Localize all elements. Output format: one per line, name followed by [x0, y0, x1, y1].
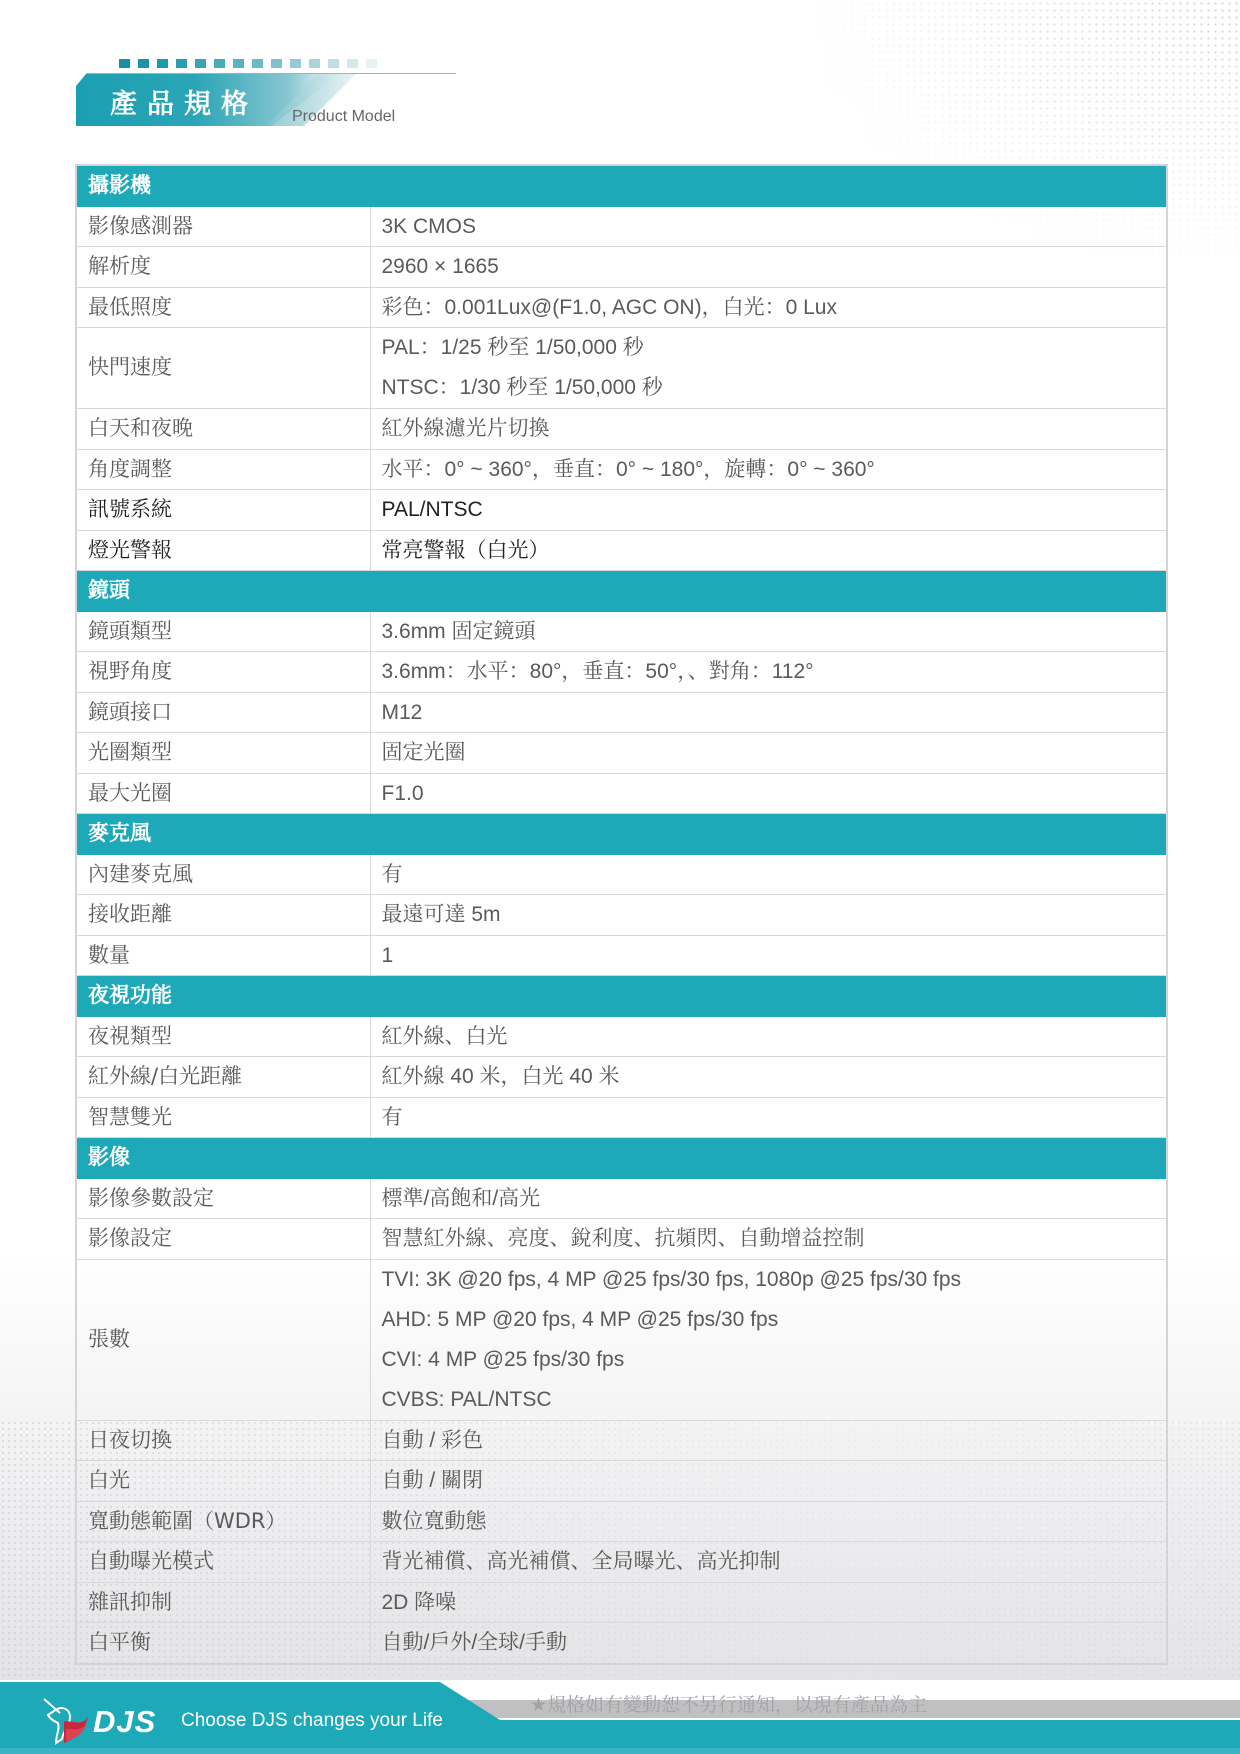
table-row: 張數TVI: 3K @20 fps, 4 MP @25 fps/30 fps, … — [76, 1259, 1167, 1420]
table-row: 解析度2960 × 1665 — [76, 247, 1167, 288]
table-row: 快門速度PAL：1/25 秒至 1/50,000 秒NTSC：1/30 秒至 1… — [76, 328, 1167, 409]
spec-value: M12 — [370, 692, 1167, 733]
spec-label: 視野角度 — [76, 652, 370, 693]
spec-label: 燈光警報 — [76, 530, 370, 571]
spec-label: 紅外線/白光距離 — [76, 1057, 370, 1098]
unicorn-icon — [40, 1695, 92, 1747]
table-row: 鏡頭類型3.6mm 固定鏡頭 — [76, 611, 1167, 652]
spec-label: 日夜切換 — [76, 1420, 370, 1461]
divider — [86, 73, 456, 74]
spec-label: 數量 — [76, 935, 370, 976]
spec-value-line: PAL：1/25 秒至 1/50,000 秒 — [382, 328, 1156, 368]
table-row: 最低照度彩色：0.001Lux@(F1.0, AGC ON)，白光：0 Lux — [76, 287, 1167, 328]
spec-label: 寬動態範圍（WDR） — [76, 1501, 370, 1542]
spec-label: 角度調整 — [76, 449, 370, 490]
section-header: 麥克風 — [76, 814, 1167, 855]
decorative-squares — [119, 59, 377, 68]
table-row: 影像參數設定標準/高飽和/高光 — [76, 1178, 1167, 1219]
table-row: 角度調整水平：0° ~ 360°，垂直：0° ~ 180°，旋轉：0° ~ 36… — [76, 449, 1167, 490]
spec-value: 有 — [370, 854, 1167, 895]
decorative-square — [366, 59, 377, 68]
spec-table: 攝影機影像感測器3K CMOS解析度2960 × 1665最低照度彩色：0.00… — [75, 164, 1168, 1665]
table-row: 光圈類型固定光圈 — [76, 733, 1167, 774]
footer-logo: DJS — [93, 1704, 156, 1740]
spec-label: 白平衡 — [76, 1623, 370, 1664]
table-row: 日夜切換自動 / 彩色 — [76, 1420, 1167, 1461]
table-row: 影像設定智慧紅外線、亮度、銳利度、抗頻閃、自動增益控制 — [76, 1219, 1167, 1260]
spec-label: 快門速度 — [76, 328, 370, 409]
decorative-square — [233, 59, 244, 68]
footer-stripe — [0, 1748, 1240, 1754]
spec-value: 3K CMOS — [370, 206, 1167, 247]
spec-value: PAL/NTSC — [370, 490, 1167, 531]
spec-value: 水平：0° ~ 360°，垂直：0° ~ 180°，旋轉：0° ~ 360° — [370, 449, 1167, 490]
spec-value: 標準/高飽和/高光 — [370, 1178, 1167, 1219]
table-row: 白平衡自動/戶外/全球/手動 — [76, 1623, 1167, 1664]
decorative-square — [309, 59, 320, 68]
spec-value: 紅外線、白光 — [370, 1016, 1167, 1057]
spec-label: 訊號系統 — [76, 490, 370, 531]
spec-label: 解析度 — [76, 247, 370, 288]
spec-label: 白光 — [76, 1461, 370, 1502]
table-row: 白天和夜晚紅外線濾光片切換 — [76, 409, 1167, 450]
table-row: 寬動態範圍（WDR）數位寬動態 — [76, 1501, 1167, 1542]
table-row: 智慧雙光有 — [76, 1097, 1167, 1138]
spec-value: 自動 / 關閉 — [370, 1461, 1167, 1502]
table-row: 最大光圈F1.0 — [76, 773, 1167, 814]
spec-label: 最低照度 — [76, 287, 370, 328]
spec-label: 白天和夜晚 — [76, 409, 370, 450]
table-row: 接收距離最遠可達 5m — [76, 895, 1167, 936]
section-title: 影像 — [76, 1138, 1167, 1179]
spec-value: 紅外線濾光片切換 — [370, 409, 1167, 450]
section-title: 攝影機 — [76, 165, 1167, 206]
spec-value: 紅外線 40 米，白光 40 米 — [370, 1057, 1167, 1098]
table-row: 訊號系統PAL/NTSC — [76, 490, 1167, 531]
spec-value-line: AHD: 5 MP @20 fps, 4 MP @25 fps/30 fps — [382, 1300, 1156, 1340]
page-subtitle: Product Model — [292, 108, 395, 126]
spec-value: 背光補償、高光補償、全局曝光、高光抑制 — [370, 1542, 1167, 1583]
spec-label: 影像設定 — [76, 1219, 370, 1260]
spec-label: 影像感測器 — [76, 206, 370, 247]
spec-value: 最遠可達 5m — [370, 895, 1167, 936]
section-header: 夜視功能 — [76, 976, 1167, 1017]
section-title: 麥克風 — [76, 814, 1167, 855]
spec-label: 接收距離 — [76, 895, 370, 936]
table-row: 鏡頭接口M12 — [76, 692, 1167, 733]
spec-label: 鏡頭類型 — [76, 611, 370, 652]
spec-label: 雜訊抑制 — [76, 1582, 370, 1623]
spec-label: 影像參數設定 — [76, 1178, 370, 1219]
section-title: 夜視功能 — [76, 976, 1167, 1017]
table-row: 雜訊抑制2D 降噪 — [76, 1582, 1167, 1623]
spec-value-line: TVI: 3K @20 fps, 4 MP @25 fps/30 fps, 10… — [382, 1260, 1156, 1300]
decorative-square — [138, 59, 149, 68]
spec-value: 1 — [370, 935, 1167, 976]
spec-label: 張數 — [76, 1259, 370, 1420]
footer-slogan: Choose DJS changes your Life — [181, 1710, 443, 1732]
spec-value: TVI: 3K @20 fps, 4 MP @25 fps/30 fps, 10… — [370, 1259, 1167, 1420]
decorative-square — [347, 59, 358, 68]
spec-value: 彩色：0.001Lux@(F1.0, AGC ON)，白光：0 Lux — [370, 287, 1167, 328]
spec-value-line: CVBS: PAL/NTSC — [382, 1380, 1156, 1420]
footer-disclaimer: ★規格如有變動恕不另行通知，以現有產品為主 — [530, 1690, 927, 1717]
table-row: 自動曝光模式背光補償、高光補償、全局曝光、高光抑制 — [76, 1542, 1167, 1583]
spec-label: 自動曝光模式 — [76, 1542, 370, 1583]
table-row: 夜視類型紅外線、白光 — [76, 1016, 1167, 1057]
spec-label: 內建麥克風 — [76, 854, 370, 895]
decorative-square — [119, 59, 130, 68]
table-row: 視野角度3.6mm：水平：80°，垂直：50°，、對角：112° — [76, 652, 1167, 693]
section-header: 影像 — [76, 1138, 1167, 1179]
decorative-square — [290, 59, 301, 68]
spec-label: 夜視類型 — [76, 1016, 370, 1057]
spec-value: 常亮警報（白光） — [370, 530, 1167, 571]
decorative-square — [328, 59, 339, 68]
spec-value: 固定光圈 — [370, 733, 1167, 774]
spec-value: 自動/戶外/全球/手動 — [370, 1623, 1167, 1664]
spec-value: 有 — [370, 1097, 1167, 1138]
spec-label: 光圈類型 — [76, 733, 370, 774]
spec-label: 智慧雙光 — [76, 1097, 370, 1138]
spec-value: 2D 降噪 — [370, 1582, 1167, 1623]
table-row: 影像感測器3K CMOS — [76, 206, 1167, 247]
spec-value: 3.6mm 固定鏡頭 — [370, 611, 1167, 652]
spec-value: 3.6mm：水平：80°，垂直：50°，、對角：112° — [370, 652, 1167, 693]
spec-value: 數位寬動態 — [370, 1501, 1167, 1542]
spec-label: 最大光圈 — [76, 773, 370, 814]
spec-label: 鏡頭接口 — [76, 692, 370, 733]
section-title-banner: 產品規格 Product Model — [76, 56, 456, 131]
spec-value-line: CVI: 4 MP @25 fps/30 fps — [382, 1340, 1156, 1380]
page-title: 產品規格 — [110, 82, 258, 121]
decorative-square — [176, 59, 187, 68]
spec-value: F1.0 — [370, 773, 1167, 814]
spec-value-line: NTSC：1/30 秒至 1/50,000 秒 — [382, 368, 1156, 408]
table-row: 數量1 — [76, 935, 1167, 976]
table-row: 內建麥克風有 — [76, 854, 1167, 895]
spec-value: PAL：1/25 秒至 1/50,000 秒NTSC：1/30 秒至 1/50,… — [370, 328, 1167, 409]
table-row: 白光自動 / 關閉 — [76, 1461, 1167, 1502]
section-header: 攝影機 — [76, 165, 1167, 206]
spec-value: 2960 × 1665 — [370, 247, 1167, 288]
decorative-square — [252, 59, 263, 68]
spec-value: 自動 / 彩色 — [370, 1420, 1167, 1461]
section-header: 鏡頭 — [76, 571, 1167, 612]
spec-value: 智慧紅外線、亮度、銳利度、抗頻閃、自動增益控制 — [370, 1219, 1167, 1260]
section-title: 鏡頭 — [76, 571, 1167, 612]
decorative-square — [214, 59, 225, 68]
decorative-square — [195, 59, 206, 68]
table-row: 燈光警報常亮警報（白光） — [76, 530, 1167, 571]
decorative-square — [157, 59, 168, 68]
decorative-square — [271, 59, 282, 68]
table-row: 紅外線/白光距離紅外線 40 米，白光 40 米 — [76, 1057, 1167, 1098]
